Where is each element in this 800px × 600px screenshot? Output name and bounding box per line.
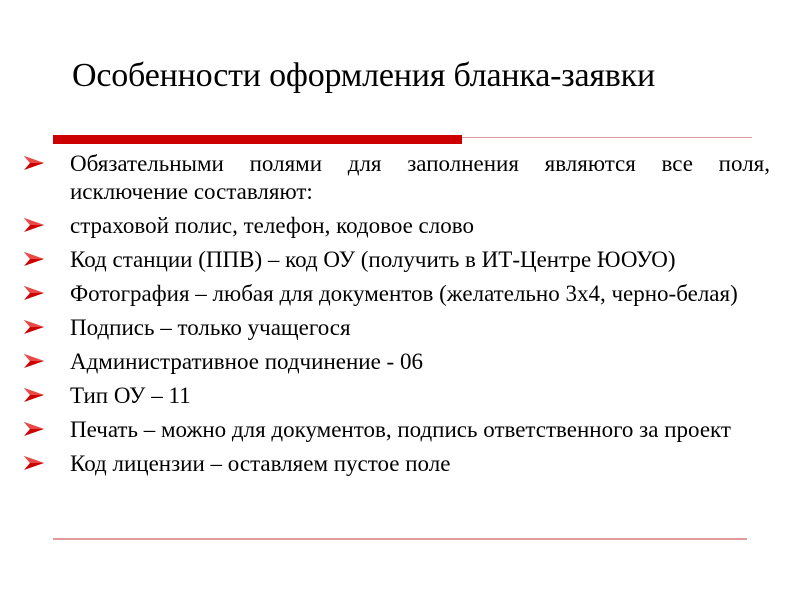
bullet-item-4: Фотография – любая для документов (желат… (20, 280, 770, 308)
bullet-text: Печать – можно для документов, подпись о… (70, 417, 731, 442)
arrowhead-bullet-icon (23, 421, 45, 437)
arrowhead-bullet-icon (23, 217, 45, 233)
arrowhead-bullet-icon (23, 455, 45, 471)
arrowhead-bullet-icon (23, 285, 45, 301)
arrowhead-bullet-icon (23, 319, 45, 335)
bullet-text: Код станции (ППВ) – код ОУ (получить в И… (70, 247, 676, 272)
bullet-text: Код лицензии – оставляем пустое поле (70, 451, 450, 476)
bullet-list: Обязательными полями для заполнения явля… (20, 150, 770, 484)
bullet-item-7: Тип ОУ – 11 (20, 382, 770, 410)
bullet-item-3: Код станции (ППВ) – код ОУ (получить в И… (20, 246, 770, 274)
bullet-text: страховой полис, телефон, кодовое слово (70, 213, 474, 238)
arrowhead-bullet-icon (23, 387, 45, 403)
bullet-text: Фотография – любая для документов (желат… (70, 281, 738, 306)
bullet-text: Административное подчинение - 06 (70, 349, 423, 374)
slide-title: Особенности оформления бланка-заявки (72, 54, 655, 98)
bullet-item-6: Административное подчинение - 06 (20, 348, 770, 376)
bullet-item-8: Печать – можно для документов, подпись о… (20, 416, 770, 444)
bullet-text: Тип ОУ – 11 (70, 383, 191, 408)
bullet-text: Обязательными полями для заполнения явля… (70, 151, 770, 204)
bullet-item-2: страховой полис, телефон, кодовое слово (20, 212, 770, 240)
bullet-item-9: Код лицензии – оставляем пустое поле (20, 450, 770, 478)
title-underline-thin (462, 137, 752, 138)
arrowhead-bullet-icon (23, 353, 45, 369)
arrowhead-bullet-icon (23, 251, 45, 267)
title-underline-accent (53, 135, 462, 144)
bottom-divider (53, 538, 747, 540)
bullet-item-5: Подпись – только учащегося (20, 314, 770, 342)
bullet-text: Подпись – только учащегося (70, 315, 351, 340)
bullet-item-1: Обязательными полями для заполнения явля… (20, 150, 770, 206)
arrowhead-bullet-icon (23, 155, 45, 171)
